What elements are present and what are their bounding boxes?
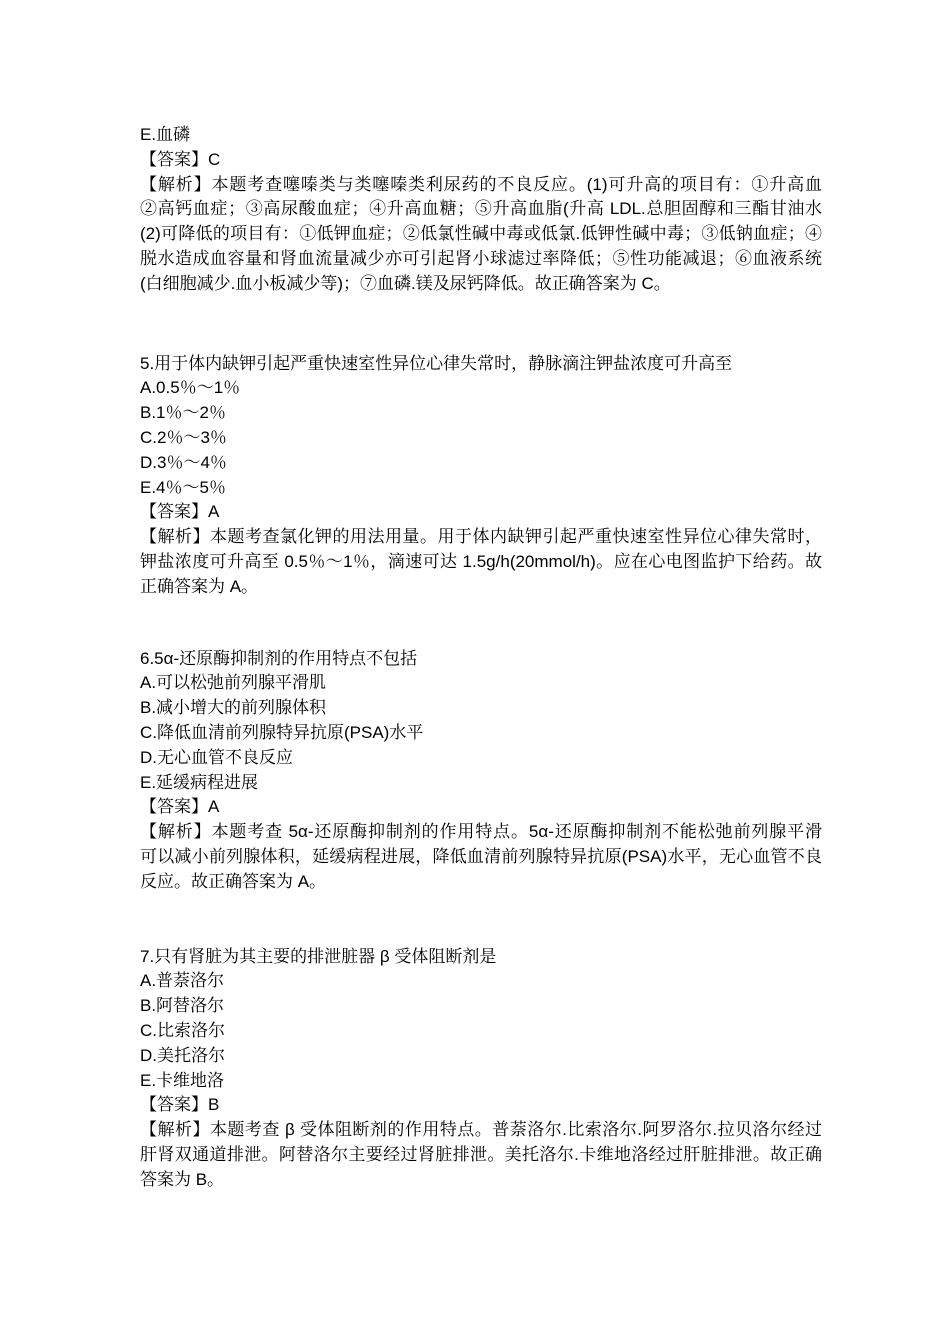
- option-line: B.减小增大的前列腺体积: [140, 696, 822, 721]
- answer-line: 【答案】C: [140, 148, 822, 173]
- answer-line: 【答案】B: [140, 1093, 822, 1118]
- analysis-line: 肝肾双通道排泄。阿替洛尔主要经过肾脏排泄。美托洛尔.卡维地洛经过肝脏排泄。故正确: [140, 1143, 822, 1168]
- analysis-line: 脱水造成血容量和肾血流量减少亦可引起肾小球滤过率降低；⑤性功能减退；⑥血液系统: [140, 247, 822, 272]
- document-content: E.血磷【答案】C【解析】本题考查噻嗪类与类噻嗪类利尿药的不良反应。(1)可升高…: [140, 123, 822, 1192]
- option-line: D.无心血管不良反应: [140, 746, 822, 771]
- analysis-line: 正确答案为 A。: [140, 575, 822, 600]
- analysis-line: (2)可降低的项目有：①低钾血症；②低氯性碱中毒或低氯.低钾性碱中毒；③低钠血症…: [140, 222, 822, 247]
- answer-line: 【答案】A: [140, 500, 822, 525]
- analysis-line: 答案为 B。: [140, 1168, 822, 1193]
- question-line: 7.只有肾脏为其主要的排泄脏器 β 受体阻断剂是: [140, 945, 822, 970]
- option-line: E.血磷: [140, 123, 822, 148]
- analysis-line: 【解析】本题考查 β 受体阻断剂的作用特点。普萘洛尔.比索洛尔.阿罗洛尔.拉贝洛…: [140, 1118, 822, 1143]
- analysis-line: 可以减小前列腺体积，延缓病程进展，降低血清前列腺特异抗原(PSA)水平，无心血管…: [140, 845, 822, 870]
- option-line: E.延缓病程进展: [140, 771, 822, 796]
- question-5-block: 5.用于体内缺钾引起严重快速室性异位心律失常时，静脉滴注钾盐浓度可升高至A.0.…: [140, 352, 822, 600]
- analysis-line: ②高钙血症；③高尿酸血症；④升高血糖；⑤升高血脂(升高 LDL.总胆固醇和三酯甘…: [140, 197, 822, 222]
- question-line: 5.用于体内缺钾引起严重快速室性异位心律失常时，静脉滴注钾盐浓度可升高至: [140, 352, 822, 377]
- option-line: A.可以松弛前列腺平滑肌: [140, 671, 822, 696]
- answer-line: 【答案】A: [140, 795, 822, 820]
- analysis-line: 反应。故正确答案为 A。: [140, 870, 822, 895]
- question-line: 6.5α-还原酶抑制剂的作用特点不包括: [140, 647, 822, 672]
- question-4-answer-block: E.血磷【答案】C【解析】本题考查噻嗪类与类噻嗪类利尿药的不良反应。(1)可升高…: [140, 123, 822, 297]
- analysis-line: 钾盐浓度可升高至 0.5％～1％，滴速可达 1.5g/h(20mmol/h)。应…: [140, 550, 822, 575]
- option-line: A.普萘洛尔: [140, 969, 822, 994]
- option-line: E.卡维地洛: [140, 1069, 822, 1094]
- question-6-block: 6.5α-还原酶抑制剂的作用特点不包括A.可以松弛前列腺平滑肌B.减小增大的前列…: [140, 647, 822, 895]
- option-line: E.4％～5％: [140, 476, 822, 501]
- analysis-line: 【解析】本题考查 5α-还原酶抑制剂的作用特点。5α-还原酶抑制剂不能松弛前列腺…: [140, 820, 822, 845]
- option-line: C.2％～3％: [140, 426, 822, 451]
- option-line: D.3％～4％: [140, 451, 822, 476]
- option-line: B.阿替洛尔: [140, 994, 822, 1019]
- option-line: B.1％～2％: [140, 401, 822, 426]
- option-line: C.降低血清前列腺特异抗原(PSA)水平: [140, 721, 822, 746]
- option-line: A.0.5％～1％: [140, 376, 822, 401]
- analysis-line: (白细胞减少.血小板减少等)；⑦血磷.镁及尿钙降低。故正确答案为 C。: [140, 272, 822, 297]
- option-line: C.比索洛尔: [140, 1019, 822, 1044]
- analysis-line: 【解析】本题考查噻嗪类与类噻嗪类利尿药的不良反应。(1)可升高的项目有：①升高血…: [140, 173, 822, 198]
- option-line: D.美托洛尔: [140, 1044, 822, 1069]
- question-7-block: 7.只有肾脏为其主要的排泄脏器 β 受体阻断剂是A.普萘洛尔B.阿替洛尔C.比索…: [140, 945, 822, 1193]
- analysis-line: 【解析】本题考查氯化钾的用法用量。用于体内缺钾引起严重快速室性异位心律失常时，: [140, 525, 822, 550]
- document-page: E.血磷【答案】C【解析】本题考查噻嗪类与类噻嗪类利尿药的不良反应。(1)可升高…: [0, 0, 950, 1344]
